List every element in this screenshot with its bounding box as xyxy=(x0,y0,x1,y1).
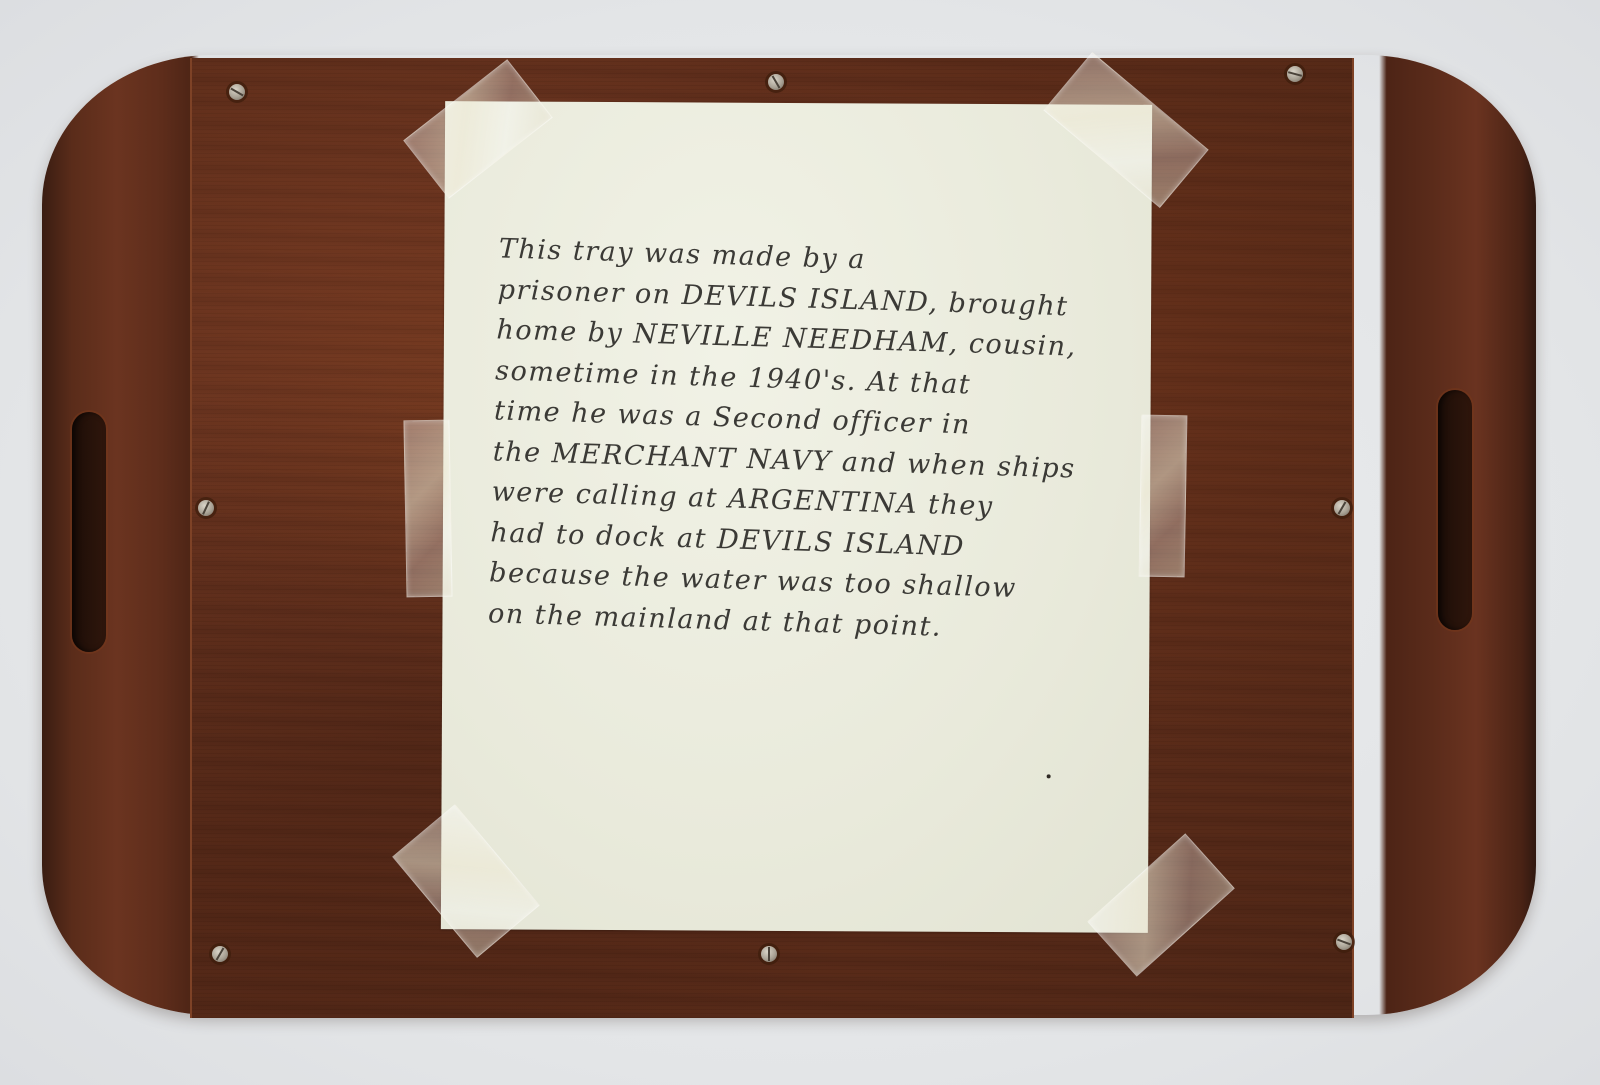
photo-scene: This tray was made by a prisoner on DEVI… xyxy=(0,0,1600,1085)
screw-icon xyxy=(1334,500,1350,516)
tape-middle-right xyxy=(1139,415,1188,578)
paper-speck xyxy=(1047,774,1051,778)
left-handle-slot xyxy=(72,412,106,652)
handwritten-note: This tray was made by a prisoner on DEVI… xyxy=(441,101,1152,933)
screw-icon xyxy=(198,500,214,516)
screw-icon xyxy=(1287,66,1303,82)
screw-icon xyxy=(761,946,777,962)
screw-icon xyxy=(212,946,228,962)
screw-icon xyxy=(1336,934,1352,950)
screw-icon xyxy=(229,84,245,100)
right-handle-slot xyxy=(1438,390,1472,630)
tape-middle-left xyxy=(403,420,452,598)
screw-icon xyxy=(768,74,784,90)
note-text: This tray was made by a prisoner on DEVI… xyxy=(487,229,1139,653)
